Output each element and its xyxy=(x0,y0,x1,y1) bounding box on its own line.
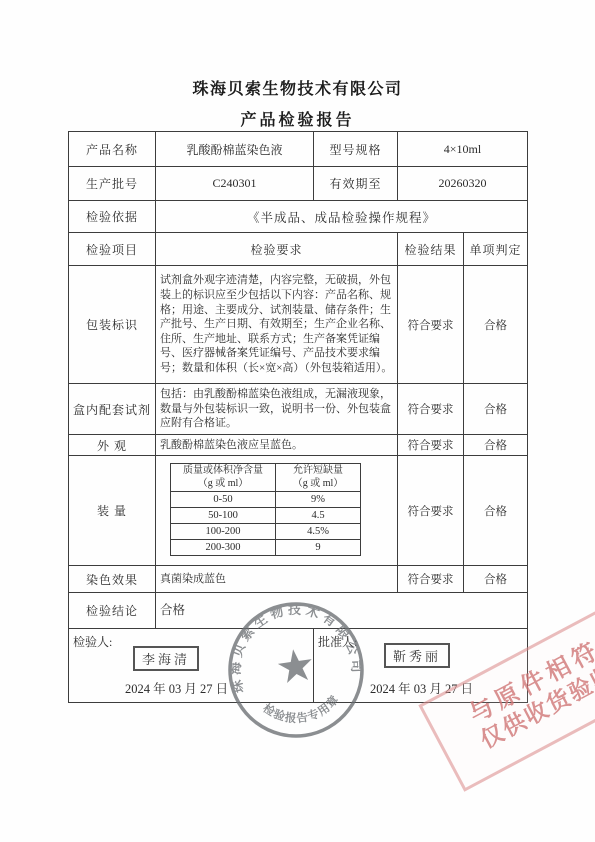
page-title: 产品检验报告 xyxy=(0,107,595,130)
basis-label: 检验依据 xyxy=(69,201,156,233)
batch-label: 生产批号 xyxy=(69,167,156,201)
item-kit-result: 符合要求 xyxy=(398,384,464,435)
expiry-label: 有效期至 xyxy=(314,167,398,201)
item-kit-judgment: 合格 xyxy=(464,384,528,435)
col-header-item: 检验项目 xyxy=(69,233,156,266)
item-appearance-result: 符合要求 xyxy=(398,435,464,456)
vol-row-1: 0-50 9% xyxy=(171,492,361,508)
item-staining-label: 染色效果 xyxy=(69,566,156,593)
report-table: 产品名称 乳酸酚棉蓝染色液 型号规格 4×10ml 生产批号 C240301 有… xyxy=(68,131,528,703)
item-kit-requirement: 包括：由乳酸酚棉蓝染色液组成，无漏液现象，数量与外包装标识一致，说明书一份、外包… xyxy=(156,384,398,435)
vol-range-2: 50-100 xyxy=(171,508,276,524)
vol-col2-header-line1: 允许短缺量 xyxy=(278,465,358,478)
approver-label: 批准人: xyxy=(318,633,357,650)
item-appearance-requirement: 乳酸酚棉蓝染色液应呈蓝色。 xyxy=(156,435,398,456)
vol-allow-4: 9 xyxy=(276,540,361,556)
vol-header-row: 质量或体积净含量 （g 或 ml） 允许短缺量 （g 或 ml） xyxy=(171,464,361,492)
fill-volume-table: 质量或体积净含量 （g 或 ml） 允许短缺量 （g 或 ml） 0-50 9% xyxy=(170,463,361,556)
row-conclusion: 检验结论 合格 xyxy=(69,593,528,629)
vol-row-3: 100-200 4.5% xyxy=(171,524,361,540)
row-packaging: 包装标识 试剂盒外观字迹清楚，内容完整，无破损，外包装上的标识应至少包括以下内容… xyxy=(69,266,528,384)
item-volume-requirement: 质量或体积净含量 （g 或 ml） 允许短缺量 （g 或 ml） 0-50 9% xyxy=(156,456,398,566)
row-staining: 染色效果 真菌染成蓝色 符合要求 合格 xyxy=(69,566,528,593)
inspector-label: 检验人: xyxy=(73,633,112,650)
item-staining-result: 符合要求 xyxy=(398,566,464,593)
item-packaging-label: 包装标识 xyxy=(69,266,156,384)
inspector-name-stamp: 李海清 xyxy=(133,646,199,671)
row-columns: 检验项目 检验要求 检验结果 单项判定 xyxy=(69,233,528,266)
item-staining-requirement: 真菌染成蓝色 xyxy=(156,566,398,593)
col-header-judgment: 单项判定 xyxy=(464,233,528,266)
conclusion-value: 合格 xyxy=(156,593,528,629)
model-label: 型号规格 xyxy=(314,132,398,167)
item-packaging-judgment: 合格 xyxy=(464,266,528,384)
item-appearance-judgment: 合格 xyxy=(464,435,528,456)
vol-col2-header-line2: （g 或 ml） xyxy=(278,478,358,491)
approver-date: 2024 年 03 月 27 日 xyxy=(370,679,473,697)
item-volume-judgment: 合格 xyxy=(464,456,528,566)
item-volume-result: 符合要求 xyxy=(398,456,464,566)
item-staining-judgment: 合格 xyxy=(464,566,528,593)
item-packaging-requirement: 试剂盒外观字迹清楚，内容完整，无破损，外包装上的标识应至少包括以下内容：产品名称… xyxy=(156,266,398,384)
vol-range-4: 200-300 xyxy=(171,540,276,556)
conclusion-label: 检验结论 xyxy=(69,593,156,629)
vol-col2-header: 允许短缺量 （g 或 ml） xyxy=(276,464,361,492)
row-product: 产品名称 乳酸酚棉蓝染色液 型号规格 4×10ml xyxy=(69,132,528,167)
vol-range-3: 100-200 xyxy=(171,524,276,540)
vol-col1-header: 质量或体积净含量 （g 或 ml） xyxy=(171,464,276,492)
vol-allow-3: 4.5% xyxy=(276,524,361,540)
vol-allow-2: 4.5 xyxy=(276,508,361,524)
expiry-value: 20260320 xyxy=(398,167,528,201)
product-name-label: 产品名称 xyxy=(69,132,156,167)
vol-col1-header-line2: （g 或 ml） xyxy=(173,478,273,491)
inspector-cell: 检验人: 李海清 2024 年 03 月 27 日 xyxy=(69,629,314,703)
approver-cell: 批准人: 靳秀丽 2024 年 03 月 27 日 xyxy=(314,629,528,703)
item-packaging-result: 符合要求 xyxy=(398,266,464,384)
vol-row-2: 50-100 4.5 xyxy=(171,508,361,524)
vol-range-1: 0-50 xyxy=(171,492,276,508)
vol-allow-1: 9% xyxy=(276,492,361,508)
basis-value: 《半成品、成品检验操作规程》 xyxy=(156,201,528,233)
row-appearance: 外 观 乳酸酚棉蓝染色液应呈蓝色。 符合要求 合格 xyxy=(69,435,528,456)
company-name: 珠海贝索生物技术有限公司 xyxy=(0,76,595,99)
report-page: 珠海贝索生物技术有限公司 产品检验报告 产品名称 乳酸酚棉蓝染色液 型号规格 4… xyxy=(0,0,595,842)
item-kit-label: 盒内配套试剂 xyxy=(69,384,156,435)
item-volume-label: 装 量 xyxy=(69,456,156,566)
row-batch: 生产批号 C240301 有效期至 20260320 xyxy=(69,167,528,201)
inspector-date: 2024 年 03 月 27 日 xyxy=(125,679,228,697)
product-name-value: 乳酸酚棉蓝染色液 xyxy=(156,132,314,167)
approver-name-stamp: 靳秀丽 xyxy=(384,643,450,668)
vol-row-4: 200-300 9 xyxy=(171,540,361,556)
row-fill-volume: 装 量 质量或体积净含量 （g 或 ml） 允许短缺量 （g 或 ml） xyxy=(69,456,528,566)
item-appearance-label: 外 观 xyxy=(69,435,156,456)
model-value: 4×10ml xyxy=(398,132,528,167)
vol-col1-header-line1: 质量或体积净含量 xyxy=(173,465,273,478)
row-basis: 检验依据 《半成品、成品检验操作规程》 xyxy=(69,201,528,233)
row-kit-reagents: 盒内配套试剂 包括：由乳酸酚棉蓝染色液组成，无漏液现象，数量与外包装标识一致，说… xyxy=(69,384,528,435)
col-header-requirement: 检验要求 xyxy=(156,233,398,266)
row-signatures: 检验人: 李海清 2024 年 03 月 27 日 批准人: 靳秀丽 2024 … xyxy=(69,629,528,703)
batch-value: C240301 xyxy=(156,167,314,201)
col-header-result: 检验结果 xyxy=(398,233,464,266)
